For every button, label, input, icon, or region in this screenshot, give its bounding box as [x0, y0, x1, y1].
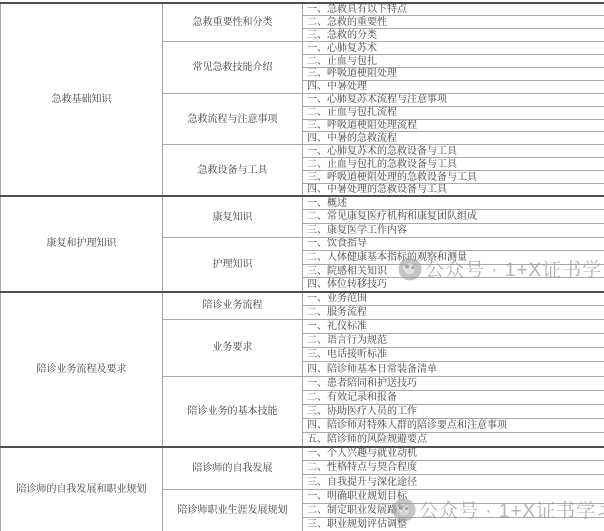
item-cell: 三、电话接听标准: [303, 348, 604, 362]
item-cell: 二、止血与包扎的急救设备与工具: [303, 158, 604, 171]
item-cell: 一、明确职业规划目标: [303, 489, 604, 503]
item-cell: 一、心肺复苏术: [303, 42, 604, 55]
item-cell: 三、呼吸道梗阻处理的急救设备与工具: [303, 171, 604, 184]
subcategory-cell: 康复知识: [163, 196, 303, 237]
syllabus-page: 急救基础知识急救重要性和分类一、急救具有以下特点二、急救的重要性三、急救的分类常…: [0, 0, 604, 531]
item-cell: 一、礼仪标准: [303, 320, 604, 334]
item-cell: 三、职业规划评估调整: [303, 517, 604, 531]
item-cell: 二、止血与包扎流程: [303, 106, 604, 119]
subcategory-cell: 常见急救技能介绍: [163, 42, 303, 94]
item-cell: 二、急救的重要性: [303, 16, 604, 29]
subcategory-cell: 业务要求: [163, 320, 303, 376]
table-row: 陪诊师的自我发展和职业规划陪诊师的自我发展一、个人兴趣与就业动机: [1, 447, 604, 461]
item-cell: 一、个人兴趣与就业动机: [303, 447, 604, 461]
item-cell: 四、中暑处理: [303, 80, 604, 93]
item-cell: 一、急救具有以下特点: [303, 3, 604, 16]
item-cell: 五、陪诊师的风险规避要点: [303, 432, 604, 446]
subcategory-cell: 陪诊业务的基本技能: [163, 376, 303, 446]
table-row: 陪诊业务流程及要求陪诊业务流程一、业务范围: [1, 292, 604, 306]
item-cell: 一、饮食指导: [303, 237, 604, 251]
item-cell: 三、急救的分类: [303, 29, 604, 42]
item-cell: 二、有效记录和报备: [303, 390, 604, 404]
subcategory-cell: 急救重要性和分类: [163, 3, 303, 42]
item-cell: 三、自我提升与深化途径: [303, 475, 604, 489]
item-cell: 三、院感相关知识: [303, 264, 604, 278]
subcategory-cell: 急救设备与工具: [163, 145, 303, 197]
subcategory-cell: 急救流程与注意事项: [163, 93, 303, 145]
subcategory-cell: 陪诊师职业生涯发展规划: [163, 489, 303, 531]
item-cell: 四、中暑的急救流程: [303, 132, 604, 145]
item-cell: 三、呼吸道梗阻处理: [303, 67, 604, 80]
item-cell: 一、心肺复苏术的急救设备与工具: [303, 145, 604, 158]
table-row: 急救基础知识急救重要性和分类一、急救具有以下特点: [1, 3, 604, 16]
item-cell: 四、中暑处理的急救设备与工具: [303, 183, 604, 196]
item-cell: 一、患者陪同和护送技巧: [303, 376, 604, 390]
item-cell: 三、呼吸道梗阻处理流程: [303, 119, 604, 132]
curriculum-table: 急救基础知识急救重要性和分类一、急救具有以下特点二、急救的重要性三、急救的分类常…: [0, 2, 604, 531]
item-cell: 四、陪诊师对特殊人群的陪诊要点和注意事项: [303, 418, 604, 432]
category-cell: 急救基础知识: [1, 3, 163, 196]
item-cell: 二、人体健康基本指标的观察和测量: [303, 251, 604, 265]
item-cell: 二、语言行为规范: [303, 334, 604, 348]
item-cell: 二、止血与包扎: [303, 55, 604, 68]
subcategory-cell: 陪诊师的自我发展: [163, 447, 303, 490]
table-row: 康复和护理知识康复知识一、概述: [1, 196, 604, 210]
category-cell: 陪诊业务流程及要求: [1, 292, 163, 447]
category-cell: 康复和护理知识: [1, 196, 163, 291]
item-cell: 一、心肺复苏术流程与注意事项: [303, 93, 604, 106]
item-cell: 二、常见康复医疗机构和康复团队组成: [303, 210, 604, 224]
item-cell: 二、服务流程: [303, 306, 604, 320]
subcategory-cell: 陪诊业务流程: [163, 292, 303, 320]
subcategory-cell: 护理知识: [163, 237, 303, 291]
item-cell: 四、体位转移技巧: [303, 278, 604, 292]
category-cell: 陪诊师的自我发展和职业规划: [1, 447, 163, 531]
item-cell: 四、陪诊师基本日常装备清单: [303, 362, 604, 376]
item-cell: 一、概述: [303, 196, 604, 210]
item-cell: 二、性格特点与契合程度: [303, 461, 604, 475]
item-cell: 三、康复医学工作内容: [303, 224, 604, 238]
item-cell: 一、业务范围: [303, 292, 604, 306]
item-cell: 三、协助医疗人员的工作: [303, 404, 604, 418]
item-cell: 二、制定职业发展路径: [303, 503, 604, 517]
